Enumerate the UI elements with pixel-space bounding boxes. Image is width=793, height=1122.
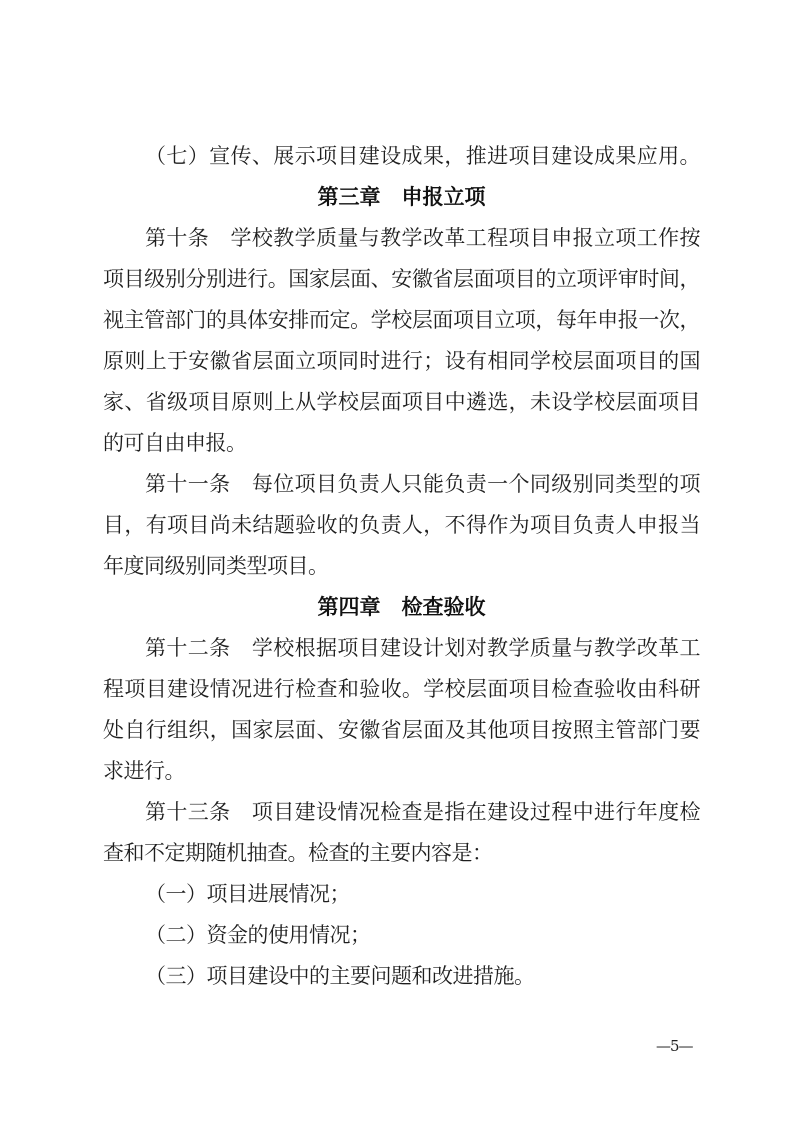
document-line: 原则上于安徽省层面立项同时进行；设有相同学校层面项目的国: [103, 341, 700, 382]
chapter-heading: 第四章 检查验收: [103, 587, 700, 628]
document-line: 目，有项目尚未结题验收的负责人，不得作为项目负责人申报当: [103, 505, 700, 546]
document-line: 项目级别分别进行。国家层面、安徽省层面项目的立项评审时间，: [103, 259, 700, 300]
page-number: —5—: [656, 1035, 726, 1057]
document-line: 查和不定期随机抽查。检查的主要内容是：: [103, 833, 700, 874]
chapter-heading: 第三章 申报立项: [103, 177, 700, 218]
document-line: 第十三条 项目建设情况检查是指在建设过程中进行年度检: [103, 792, 700, 833]
document-line: （二）资金的使用情况；: [103, 915, 700, 956]
document-line: 第十条 学校教学质量与教学改革工程项目申报立项工作按: [103, 218, 700, 259]
document-line: 年度同级别同类型项目。: [103, 546, 700, 587]
page: （七）宣传、展示项目建设成果，推进项目建设成果应用。第三章 申报立项第十条 学校…: [0, 0, 793, 1122]
document-body: （七）宣传、展示项目建设成果，推进项目建设成果应用。第三章 申报立项第十条 学校…: [103, 136, 700, 997]
document-line: 的可自由申报。: [103, 423, 700, 464]
document-line: （一）项目进展情况；: [103, 874, 700, 915]
document-line: 第十二条 学校根据项目建设计划对教学质量与教学改革工: [103, 628, 700, 669]
document-line: （三）项目建设中的主要问题和改进措施。: [103, 956, 700, 997]
document-line: 第十一条 每位项目负责人只能负责一个同级别同类型的项: [103, 464, 700, 505]
document-line: （七）宣传、展示项目建设成果，推进项目建设成果应用。: [103, 136, 700, 177]
document-line: 求进行。: [103, 751, 700, 792]
document-line: 家、省级项目原则上从学校层面项目中遴选，未设学校层面项目: [103, 382, 700, 423]
document-line: 程项目建设情况进行检查和验收。学校层面项目检查验收由科研: [103, 669, 700, 710]
document-line: 处自行组织，国家层面、安徽省层面及其他项目按照主管部门要: [103, 710, 700, 751]
document-line: 视主管部门的具体安排而定。学校层面项目立项，每年申报一次，: [103, 300, 700, 341]
